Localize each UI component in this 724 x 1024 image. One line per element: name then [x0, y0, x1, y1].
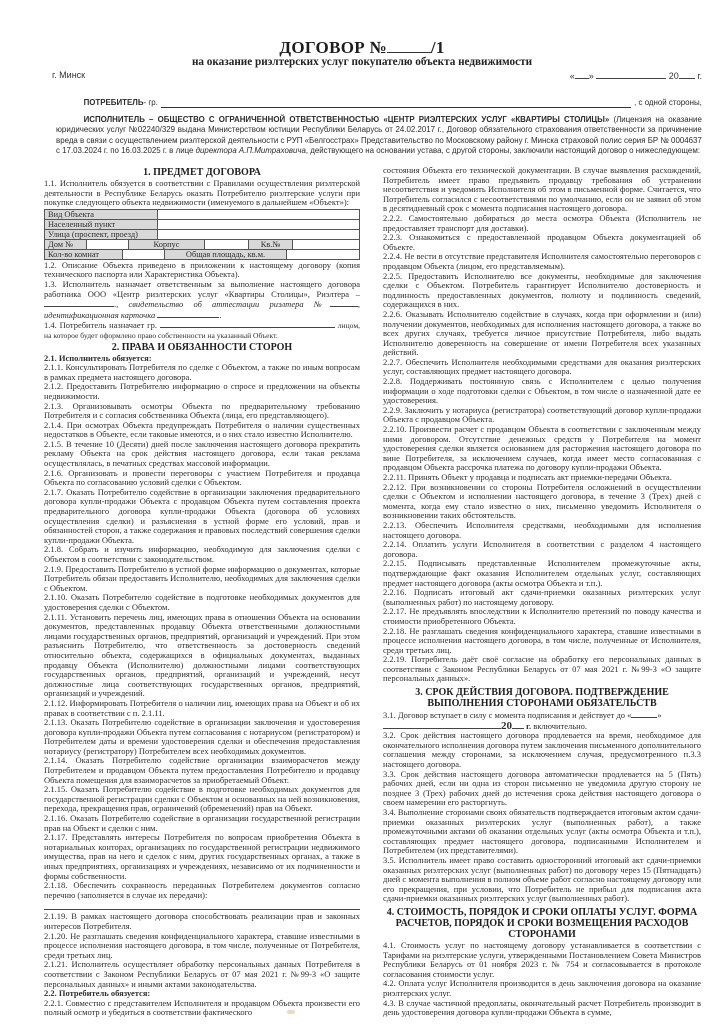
section-3-heading: 3. СРОК ДЕЙСТВИЯ ДОГОВОРА. ПОДТВЕРЖДЕНИЕ… [383, 687, 701, 709]
object-table-area: Кол-во комнат Общая площадь, кв.м. [44, 249, 360, 260]
section-2-heading: 2. ПРАВА И ОБЯЗАННОСТИ СТОРОН [44, 342, 360, 353]
contract-subtitle: на оказание риэлтерских услуг покупателю… [0, 56, 724, 68]
building-field[interactable] [205, 239, 249, 249]
object-type-field[interactable] [158, 209, 360, 219]
parties-block: ПОТРЕБИТЕЛЬ - гр. , с одной стороны, ИСП… [56, 97, 702, 156]
clause-2-1-13: 2.1.13. Оказать Потребителю содействие в… [44, 718, 360, 756]
rooms-field[interactable] [123, 249, 165, 259]
clause-2-1-18: 2.1.18. Обеспечить сохранность переданны… [44, 881, 360, 900]
executor-paragraph: ИСПОЛНИТЕЛЬ – ОБЩЕСТВО С ОГРАНИЧЕННОЙ ОТ… [56, 114, 702, 156]
clause-3-5: 3.5. Исполнитель имеет право составить о… [383, 856, 701, 904]
street-field[interactable] [158, 229, 360, 239]
paper-mark [287, 1010, 295, 1014]
clause-2-1-4: 2.1.4. При осмотрах Объекта предупреждат… [44, 421, 360, 440]
apartment-label: Кв.№ [249, 239, 293, 249]
clause-2-2-7: 2.2.7. Обеспечить Исполнителя необходимы… [383, 358, 701, 377]
contract-page: ДОГОВОР №/1 на оказание риэлтерских услу… [0, 0, 724, 1024]
clause-1-1: 1.1. Исполнитель обязуется в соответстви… [44, 179, 360, 208]
left-column: 1. ПРЕДМЕТ ДОГОВОРА 1.1. Исполнитель обя… [44, 166, 360, 1018]
clause-1-4: 1.4. Потребитель назначает гр. лицом, на… [44, 320, 360, 340]
clause-2-1-14: 2.1.14. Оказать Потребителю содействие о… [44, 756, 360, 785]
clause-2-2-19: 2.2.19. Потребитель даёт своё согласие н… [383, 655, 701, 684]
rooms-label: Кол-во комнат [45, 249, 123, 259]
building-label: Корпус [129, 239, 205, 249]
certificate-number-blank[interactable] [330, 299, 358, 307]
consumer-line: ПОТРЕБИТЕЛЬ - гр. , с одной стороны, [56, 97, 702, 108]
clause-2-2-8: 2.2.8. Поддерживать постоянную связь с И… [383, 377, 701, 406]
clause-4-3: 4.3. В случае частичной предоплаты, окон… [383, 999, 701, 1018]
locality-label: Населенный пункт [45, 219, 158, 229]
contract-date: «» 20 г. [570, 70, 702, 81]
apartment-field[interactable] [293, 239, 360, 249]
object-type-label: Вид Объекта [45, 209, 158, 219]
date-year-blank[interactable] [679, 70, 695, 79]
clause-2-2-9: 2.2.9. Заключить у нотариуса (регистрато… [383, 406, 701, 425]
clause-3-3: 3.3. Срок действия настоящего договора а… [383, 770, 701, 808]
date-month-blank[interactable] [596, 70, 666, 79]
city: г. Минск [52, 70, 85, 80]
clause-2-1-15: 2.1.15. Оказать Потребителю содействие в… [44, 785, 360, 814]
date-day-blank[interactable] [575, 70, 589, 79]
clause-2-1-12: 2.1.12. Информировать Потребителя о нали… [44, 699, 360, 718]
clause-1-2: 1.2. Описание Объекта приведено в прилож… [44, 261, 360, 280]
clause-2-2-15: 2.2.15. Подписывать представленные Испол… [383, 559, 701, 588]
clause-4-2: 4.2. Оплата услуг Исполнителя производит… [383, 979, 701, 998]
clause-2-2-2: 2.2.2. Самостоятельно добираться до мест… [383, 214, 701, 233]
end-month-blank[interactable] [383, 721, 501, 729]
house-label: Дом № [45, 239, 87, 249]
clause-3-2: 3.2. Срок действия настоящего договора п… [383, 731, 701, 769]
street-label: Улица (проспект, проезд) [45, 229, 158, 239]
clause-2-2-1-cont: состояния Объекта его технической докуме… [383, 166, 701, 214]
clause-2-1-8: 2.1.8. Собрать и изучить информацию, нео… [44, 545, 360, 564]
clause-2-1-7: 2.1.7. Оказать Потребителю содействие в … [44, 488, 360, 546]
clause-2-2-16: 2.2.16. Подписать итоговый акт сдачи-при… [383, 588, 701, 607]
clause-2-1-10: 2.1.10. Оказать Потребителю содействие в… [44, 593, 360, 612]
contract-title: ДОГОВОР №/1 [0, 38, 724, 58]
clause-2-1-3: 2.1.3. Организовывать осмотры Объекта по… [44, 402, 360, 421]
clause-2-1-17: 2.1.17. Представлять интересы Потребител… [44, 833, 360, 881]
clause-2-2-12: 2.2.12. При возникновении со стороны Пот… [383, 483, 701, 521]
clause-2-2-13: 2.2.13. Обеспечить Исполнителя средствам… [383, 521, 701, 540]
area-label: Общая площадь, кв.м. [165, 249, 287, 259]
clause-2-2-5: 2.2.5. Предоставить Исполнителю все доку… [383, 272, 701, 310]
owner-name-blank[interactable] [160, 320, 335, 328]
clause-3-4: 3.4. Выполнение сторонами своих обязател… [383, 808, 701, 856]
clause-1-3: 1.3. Исполнитель назначает ответственным… [44, 280, 360, 320]
realtor-name-blank[interactable] [44, 299, 114, 307]
house-field[interactable] [87, 239, 129, 249]
locality-field[interactable] [158, 219, 360, 229]
clause-2-1-1: 2.1.1. Консультировать Потребителя по сд… [44, 363, 360, 382]
clause-2-1-9: 2.1.9. Предоставить Потребителю в устной… [44, 565, 360, 594]
id-card-blank[interactable] [157, 310, 219, 318]
clause-2-1-16: 2.1.16. Оказать Потребителю содействие в… [44, 814, 360, 833]
right-column: состояния Объекта его технической докуме… [383, 166, 701, 1018]
clause-2-1-6: 2.1.6. Организовать и провести переговор… [44, 469, 360, 488]
object-table: Вид Объекта Населенный пункт Улица (прос… [44, 209, 360, 240]
clause-2-1-5: 2.1.5. В течение 10 (Десяти) дней после … [44, 440, 360, 469]
clause-2-2-18: 2.2.18. Не разглашать сведения конфиденц… [383, 627, 701, 656]
clause-2-2-4: 2.2.4. Не вести в отсутствие представите… [383, 252, 701, 271]
clause-2-1-19: 2.1.19. В рамках настоящего договора спо… [44, 912, 360, 931]
contract-number-blank[interactable] [387, 40, 431, 53]
section-4-heading: 4. СТОИМОСТЬ, ПОРЯДОК И СРОКИ ОПЛАТЫ УСЛ… [383, 907, 701, 940]
consumer-name-blank[interactable] [161, 99, 632, 108]
clause-2-2-6: 2.2.6. Оказывать Исполнителю содействие … [383, 310, 701, 358]
end-day-blank[interactable] [631, 710, 657, 718]
clause-2-1-21: 2.1.21. Исполнитель осуществляет обработ… [44, 960, 360, 989]
clause-2-1-20: 2.1.20. Не разглашать сведения конфиденц… [44, 932, 360, 961]
section-1-heading: 1. ПРЕДМЕТ ДОГОВОРА [44, 167, 360, 178]
clause-4-1: 4.1. Стоимость услуг по настоящему догов… [383, 941, 701, 979]
clause-2-2-10: 2.2.10. Произвести расчет с продавцом Об… [383, 425, 701, 473]
end-year-blank[interactable] [512, 721, 524, 729]
clause-2-2-3: 2.2.3. Ознакомиться с предоставленной пр… [383, 233, 701, 252]
clause-2-1-2: 2.1.2. Предоставить Потребителю информац… [44, 382, 360, 401]
area-field[interactable] [287, 249, 360, 259]
clause-2-2-1: 2.2.1. Совместно с представителем Исполн… [44, 999, 360, 1018]
clause-2-1-11: 2.1.11. Установить перечень лиц, имеющих… [44, 613, 360, 699]
clause-2-2-14: 2.2.14. Оплатить услуги Исполнителя в со… [383, 540, 701, 559]
documents-list-blank[interactable] [44, 902, 360, 910]
clause-3-1: 3.1. Договор вступает в силу с момента п… [383, 710, 701, 731]
clause-2-2-17: 2.2.17. Не предъявлять впоследствии к Ис… [383, 607, 701, 626]
